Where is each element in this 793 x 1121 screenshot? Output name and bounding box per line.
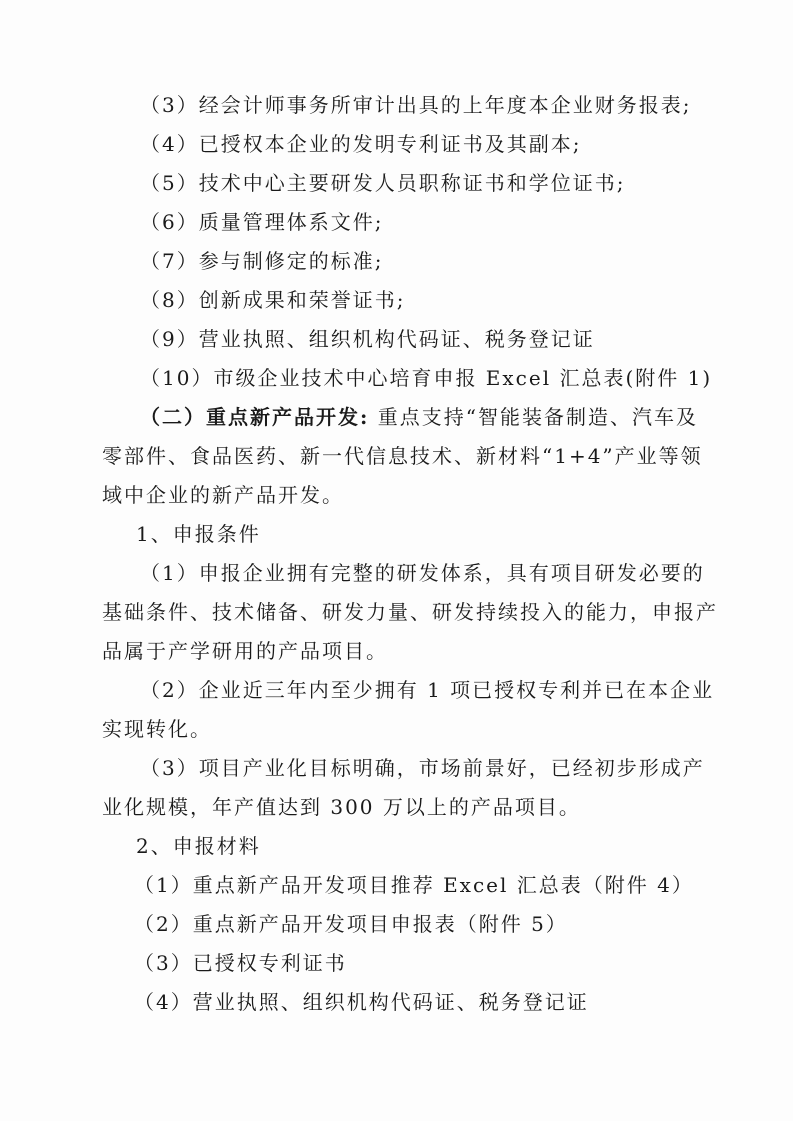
material-item-9: （9）营业执照、组织机构代码证、税务登记证 [140, 326, 595, 352]
condition-2-line: 实现转化。 [102, 716, 212, 742]
materials-item: （2）重点新产品开发项目申报表（附件 5） [134, 911, 568, 937]
section-text-line: 域中企业的新产品开发。 [102, 482, 344, 508]
material-item-5: （5）技术中心主要研发人员职称证书和学位证书; [140, 170, 625, 196]
condition-1-line: 基础条件、技术储备、研发力量、研发持续投入的能力，申报产 [102, 599, 718, 625]
condition-3-line: （3）项目产业化目标明确，市场前景好，已经初步形成产 [140, 755, 705, 781]
materials-item: （1）重点新产品开发项目推荐 Excel 汇总表（附件 4） [134, 872, 694, 898]
materials-item: （3）已授权专利证书 [134, 950, 347, 976]
condition-1-line: （1）申报企业拥有完整的研发体系，具有项目研发必要的 [140, 560, 705, 586]
condition-3-line: 业化规模，年产值达到 300 万以上的产品项目。 [102, 794, 581, 820]
materials-item: （4）营业执照、组织机构代码证、税务登记证 [134, 989, 589, 1015]
material-item-3: （3）经会计师事务所审计出具的上年度本企业财务报表; [140, 92, 691, 118]
materials-title: 2、申报材料 [136, 833, 261, 859]
condition-2-line: （2）企业近三年内至少拥有 1 项已授权专利并已在本企业 [140, 677, 714, 703]
material-item-4: （4）已授权本企业的发明专利证书及其副本; [140, 131, 581, 157]
section-heading-bold: （二）重点新产品开发: [140, 405, 369, 429]
material-item-6: （6）质量管理体系文件; [140, 209, 383, 235]
section-text-line: 零部件、食品医药、新一代信息技术、新材料“1+4”产业等领 [102, 443, 703, 469]
section-heading-text: 重点支持“智能装备制造、汽车及 [369, 405, 698, 429]
section-heading-new-products: （二）重点新产品开发: 重点支持“智能装备制造、汽车及 [140, 404, 698, 430]
conditions-title: 1、申报条件 [136, 521, 261, 547]
material-item-8: （8）创新成果和荣誉证书; [140, 287, 405, 313]
document-page: （3）经会计师事务所审计出具的上年度本企业财务报表; （4）已授权本企业的发明专… [0, 0, 793, 1121]
material-item-10: （10）市级企业技术中心培育申报 Excel 汇总表(附件 1) [140, 365, 712, 391]
material-item-7: （7）参与制修定的标准; [140, 248, 383, 274]
condition-1-line: 品属于产学研用的产品项目。 [102, 638, 388, 664]
